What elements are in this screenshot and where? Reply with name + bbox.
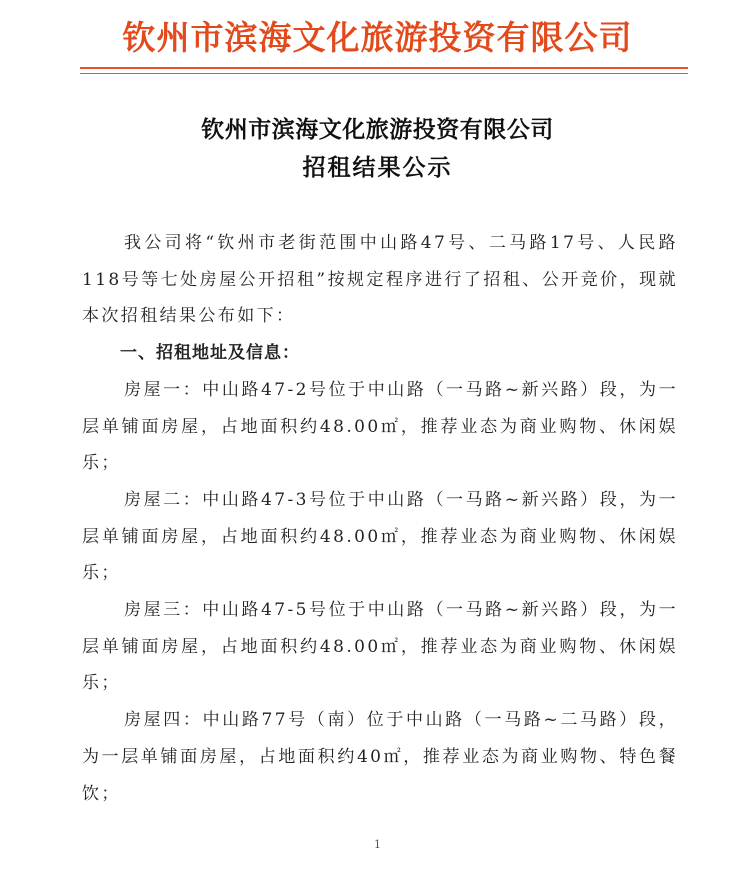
document-title-notice: 招租结果公示 [0, 150, 755, 186]
property-paragraph: 房屋一：中山路47-2号位于中山路（一马路~新兴路）段，为一层单铺面房屋，占地面… [82, 372, 678, 482]
letterhead-rule-thick [80, 67, 688, 69]
section-heading: 一、招租地址及信息： [82, 335, 678, 372]
letterhead-company-name: 钦州市滨海文化旅游投资有限公司 [0, 18, 755, 58]
document-body: 我公司将“钦州市老街范围中山路47号、二马路17号、人民路118号等七处房屋公开… [82, 225, 678, 812]
property-paragraph: 房屋二：中山路47-3号位于中山路（一马路~新兴路）段，为一层单铺面房屋，占地面… [82, 482, 678, 592]
property-paragraph: 房屋三：中山路47-5号位于中山路（一马路~新兴路）段，为一层单铺面房屋，占地面… [82, 592, 678, 702]
intro-paragraph: 我公司将“钦州市老街范围中山路47号、二马路17号、人民路118号等七处房屋公开… [82, 225, 678, 335]
letterhead-rule-thin [80, 73, 688, 74]
property-paragraph: 房屋四：中山路77号（南）位于中山路（一马路~二马路）段，为一层单铺面房屋，占地… [82, 702, 678, 812]
document-title-company: 钦州市滨海文化旅游投资有限公司 [0, 112, 755, 148]
page-number: 1 [0, 838, 755, 851]
